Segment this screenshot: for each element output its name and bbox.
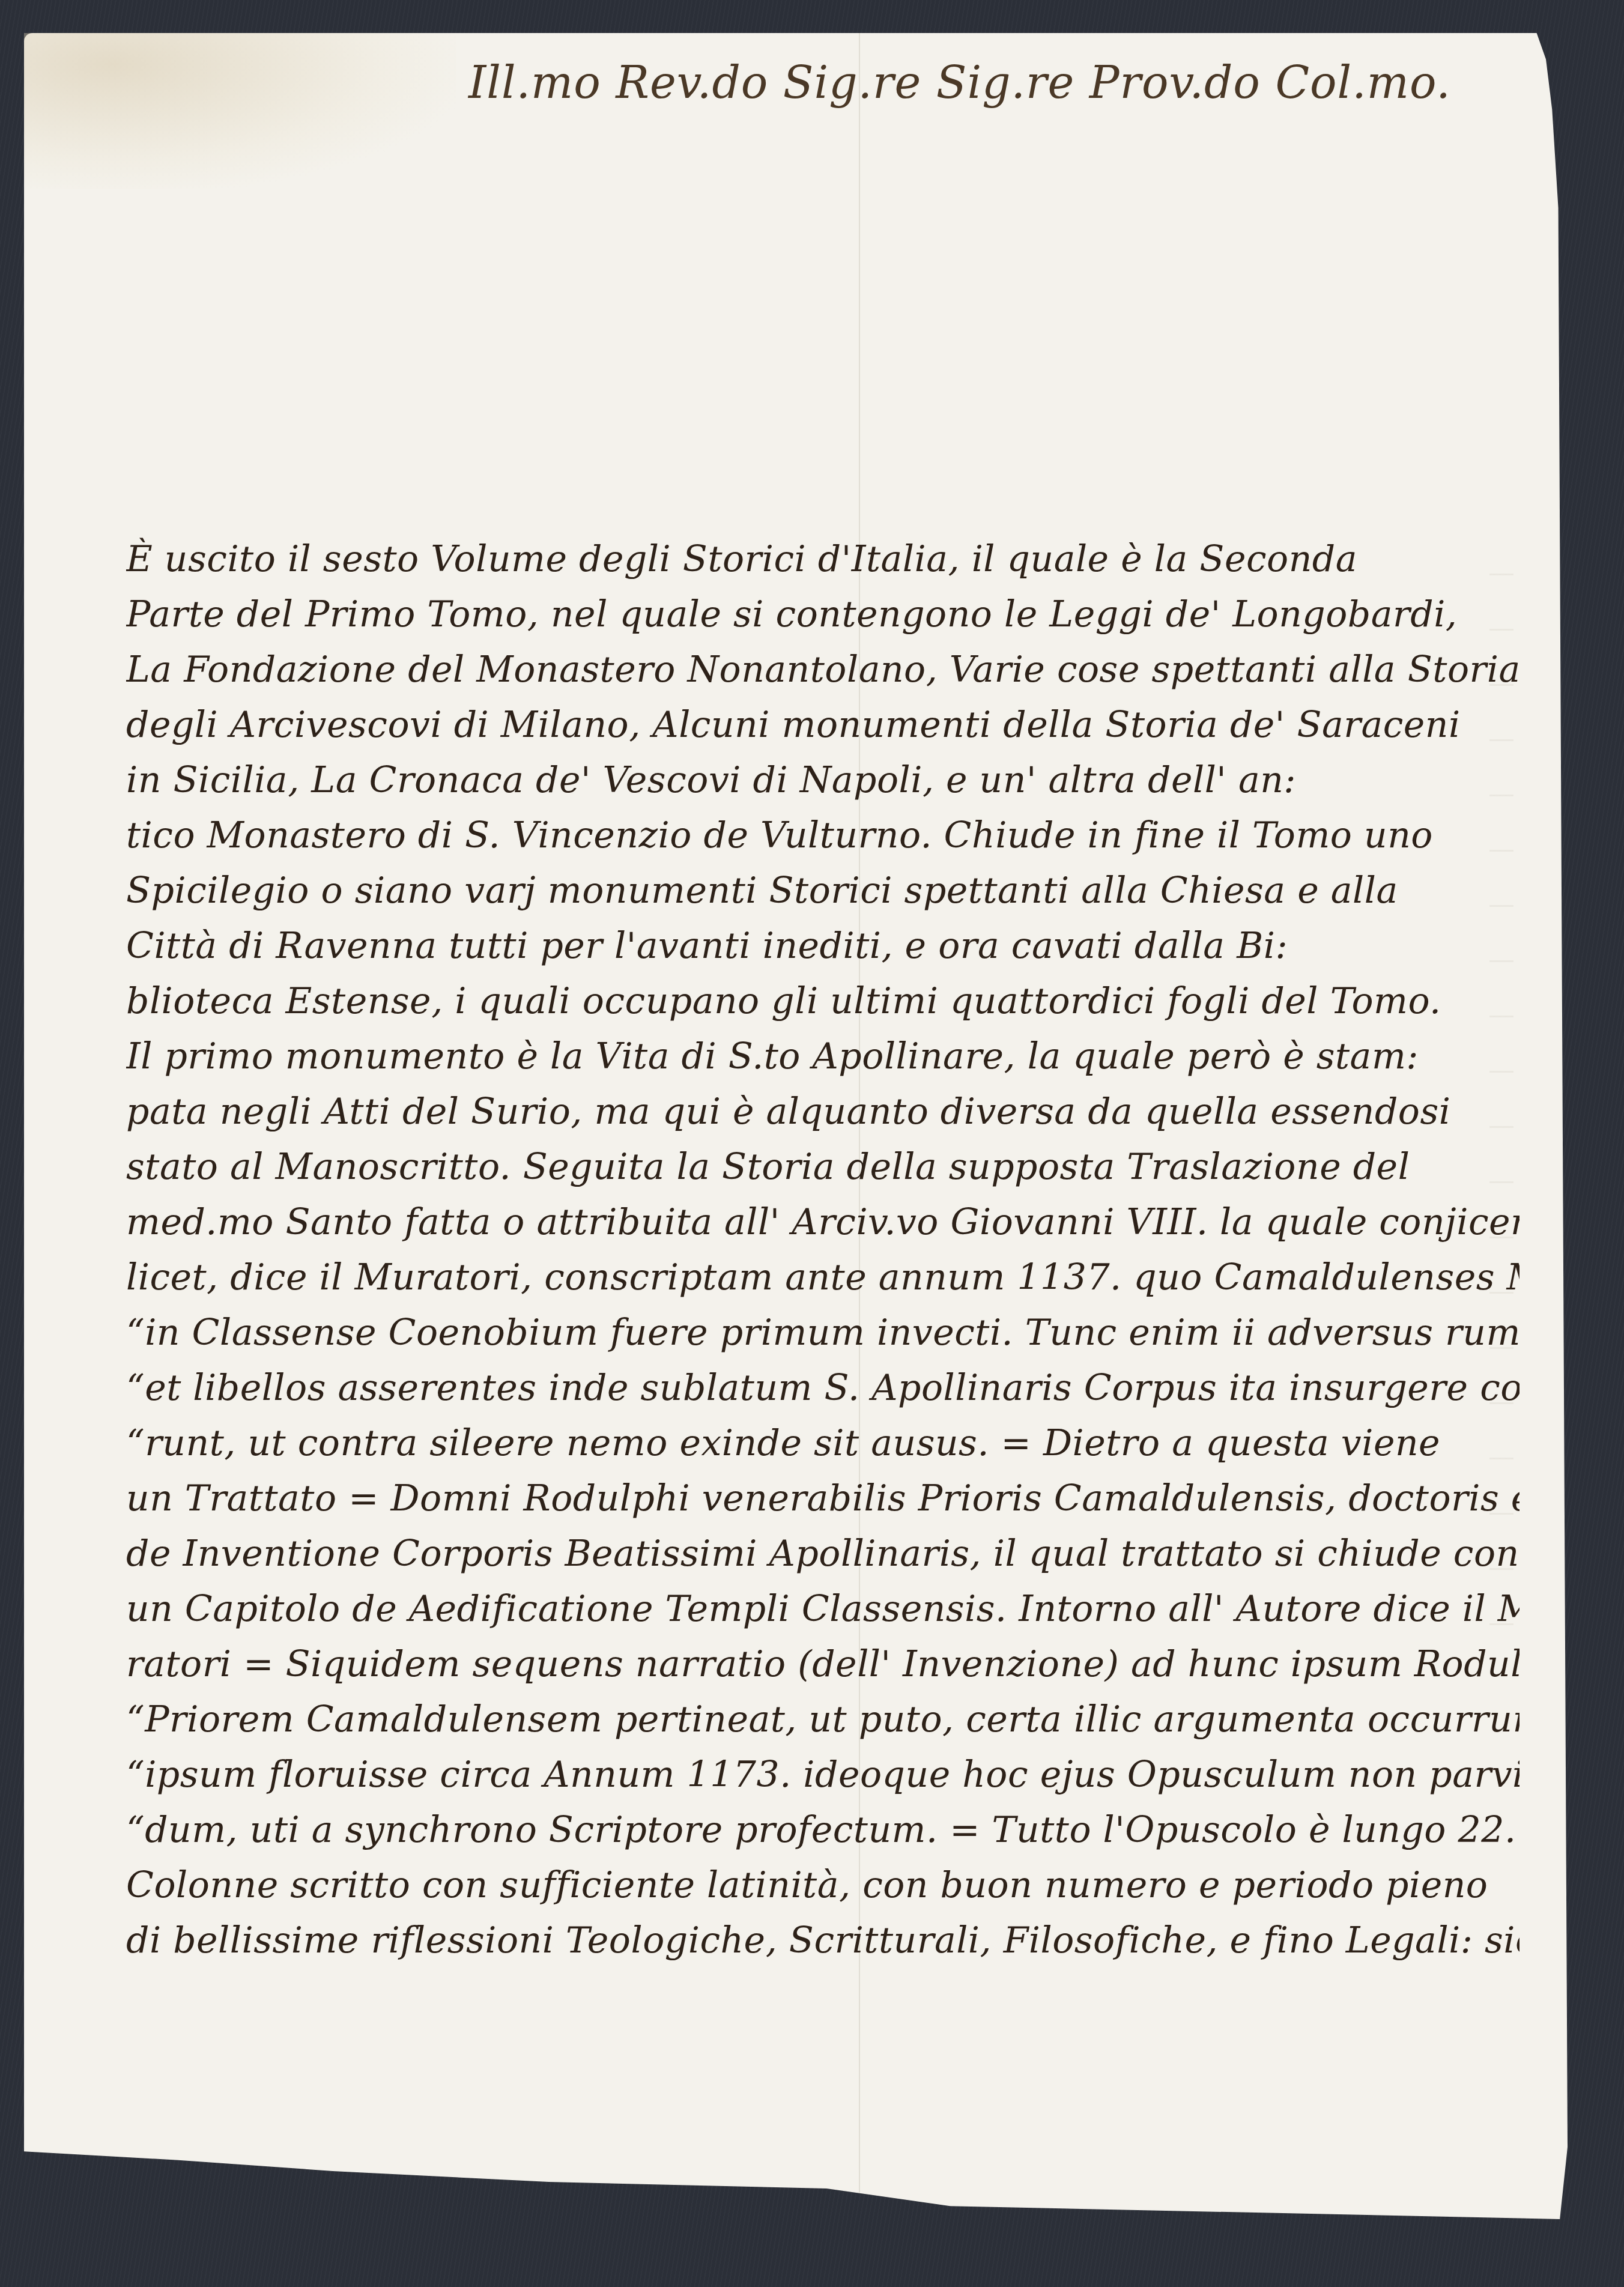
body-line: tico Monastero di S. Vincenzio de Vultur…	[126, 808, 1519, 863]
body-line: Il primo monumento è la Vita di S.to Apo…	[126, 1029, 1519, 1084]
body-line: un Capitolo de Aedificatione Templi Clas…	[126, 1581, 1519, 1637]
manuscript-page: Ill.mo Rev.do Sig.re Sig.re Prov.do Col.…	[24, 33, 1568, 2219]
body-line: La Fondazione del Monastero Nonantolano,…	[126, 642, 1519, 697]
body-line: “Priorem Camaldulensem pertineat, ut put…	[126, 1692, 1519, 1747]
body-line: in Sicilia, La Cronaca de' Vescovi di Na…	[126, 753, 1519, 808]
body-line: licet, dice il Muratori, conscriptam ant…	[126, 1250, 1519, 1305]
body-line: “dum, uti a synchrono Scriptore profectu…	[126, 1802, 1519, 1858]
body-line: blioteca Estense, i quali occupano gli u…	[126, 974, 1519, 1029]
salutation-heading: Ill.mo Rev.do Sig.re Sig.re Prov.do Col.…	[468, 57, 1451, 109]
foxing-spot	[180, 2171, 196, 2195]
body-line: un Trattato = Domni Rodulphi venerabilis…	[126, 1471, 1519, 1526]
body-line: med.mo Santo fatta o attribuita all' Arc…	[126, 1195, 1519, 1250]
body-line: “in Classense Coenobium fuere primum inv…	[126, 1305, 1519, 1360]
body-line: degli Arcivescovi di Milano, Alcuni monu…	[126, 697, 1519, 753]
body-line: “et libellos asserentes inde sublatum S.…	[126, 1360, 1519, 1416]
body-line: Città di Ravenna tutti per l'avanti ined…	[126, 918, 1519, 974]
body-line: di bellissime riflessioni Teologiche, Sc…	[126, 1913, 1519, 1968]
body-line: ratori = Siquidem sequens narratio (dell…	[126, 1637, 1519, 1692]
letter-body: È uscito il sesto Volume degli Storici d…	[126, 532, 1519, 1968]
body-line: de Inventione Corporis Beatissimi Apolli…	[126, 1526, 1519, 1581]
body-line: Spicilegio o siano varj monumenti Storic…	[126, 863, 1519, 918]
body-line: “ipsum floruisse circa Annum 1173. ideoq…	[126, 1747, 1519, 1802]
body-line: pata negli Atti del Surio, ma qui è alqu…	[126, 1084, 1519, 1139]
body-line: È uscito il sesto Volume degli Storici d…	[126, 532, 1519, 587]
paper-stain	[24, 33, 456, 189]
body-line: Parte del Primo Tomo, nel quale si conte…	[126, 587, 1519, 642]
body-line: “runt, ut contra sileere nemo exinde sit…	[126, 1416, 1519, 1471]
body-line: stato al Manoscritto. Seguita la Storia …	[126, 1139, 1519, 1195]
body-line: Colonne scritto con sufficiente latinità…	[126, 1858, 1519, 1913]
